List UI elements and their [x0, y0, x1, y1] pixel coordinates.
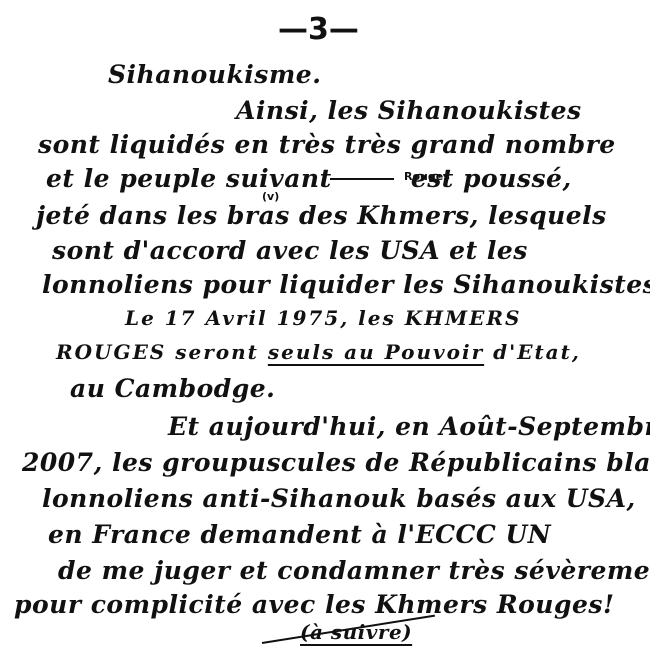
text-line-10: au Cambodge.	[70, 376, 275, 401]
text-line-5-after: , lesquels	[470, 201, 607, 230]
text-line-4: et le peuple suivant est poussé,	[46, 166, 572, 191]
text-line-7: lonnoliens pour liquider les Sihanoukist…	[42, 272, 650, 297]
text-line-12: 2007, les groupuscules de Républicains b…	[22, 450, 650, 475]
text-line-1: Sihanoukisme.	[108, 62, 321, 87]
text-line-9-before: ROUGES seront	[56, 340, 268, 364]
text-line-3: sont liquidés en très très grand nombre	[38, 132, 616, 157]
rouges-insert-mark: Rouges	[404, 170, 450, 183]
page-number: —3—	[278, 12, 359, 47]
text-line-15: de me juger et condamner très sévèrement	[58, 558, 650, 583]
text-line-5-before: jeté dans les bras des Khmers	[36, 201, 470, 230]
text-line-11: Et aujourd'hui, en Août-Septembre	[168, 414, 650, 439]
text-line-2: Ainsi, les Sihanoukistes	[236, 98, 582, 123]
text-line-14: en France demandent à l'ECCC UN	[48, 522, 551, 547]
to-be-continued-note: (à suivre)	[300, 622, 412, 642]
text-line-8: Le 17 Avril 1975, les KHMERS	[125, 308, 521, 328]
text-line-9-after: d'Etat,	[484, 340, 581, 364]
text-line-13: lonnoliens anti-Sihanouk basés aux USA,	[42, 486, 636, 511]
text-line-9: ROUGES seront seuls au Pouvoir d'Etat,	[56, 342, 581, 362]
dash-line	[330, 178, 394, 180]
text-line-16: pour complicité avec les Khmers Rouges!	[14, 592, 614, 617]
handwritten-letter-page: —3— Sihanoukisme. Ainsi, les Sihanoukist…	[0, 0, 650, 653]
corrected-word: suivant	[226, 164, 332, 193]
text-line-5: jeté dans les bras des Khmers, lesquels	[36, 203, 607, 228]
text-line-6: sont d'accord avec les USA et les	[52, 238, 528, 263]
text-line-4-before: et le peuple	[46, 164, 226, 193]
underlined-phrase: seuls au Pouvoir	[268, 340, 484, 364]
